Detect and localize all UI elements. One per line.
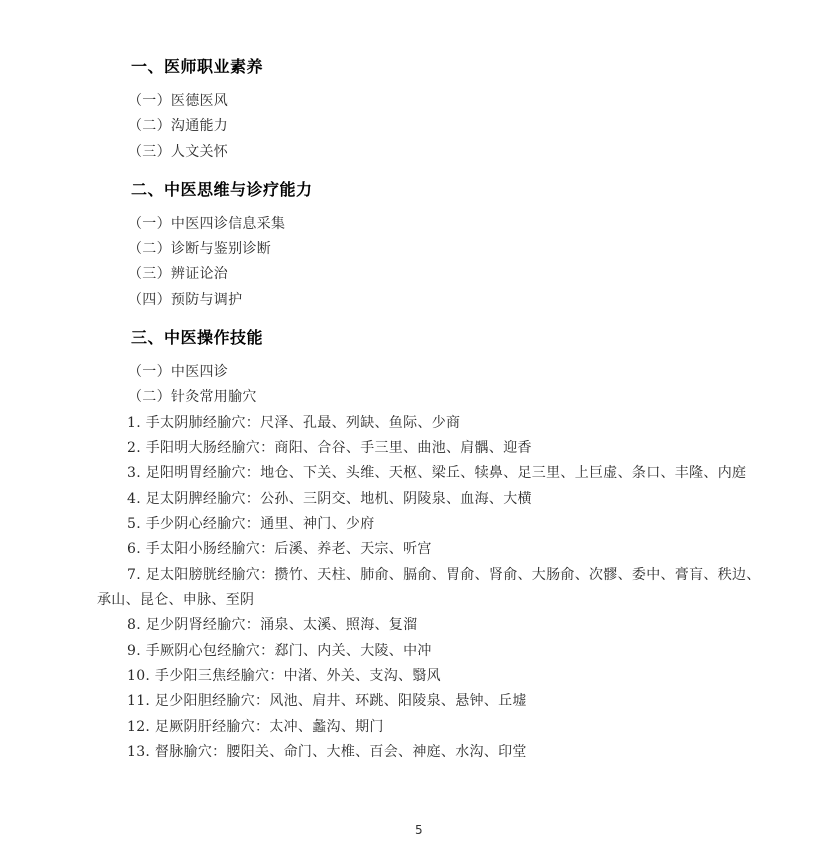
list-item: （一）中医四诊 (128, 361, 228, 381)
acupoint-line: 3. 足阳明胃经腧穴：地仓、下关、头维、天枢、梁丘、犊鼻、足三里、上巨虚、条口、… (127, 462, 746, 482)
acupoint-line: 12. 足厥阴肝经腧穴：太冲、蠡沟、期门 (127, 716, 384, 736)
list-item: （二）针灸常用腧穴 (128, 386, 257, 406)
list-item: （一）中医四诊信息采集 (128, 213, 285, 233)
section-heading-2: 二、中医思维与诊疗能力 (131, 177, 313, 200)
acupoint-line: 10. 手少阳三焦经腧穴：中渚、外关、支沟、翳风 (127, 665, 441, 685)
list-item: （三）辨证论治 (128, 263, 228, 283)
page-number: 5 (415, 823, 423, 837)
section-heading-1: 一、医师职业素养 (131, 54, 263, 77)
acupoint-line: 7. 足太阳膀胱经腧穴：攒竹、天柱、肺俞、膈俞、胃俞、肾俞、大肠俞、次髎、委中、… (127, 564, 761, 584)
acupoint-line: 5. 手少阴心经腧穴：通里、神门、少府 (127, 513, 375, 533)
list-item: （四）预防与调护 (128, 289, 242, 309)
acupoint-line: 2. 手阳明大肠经腧穴：商阳、合谷、手三里、曲池、肩髃、迎香 (127, 437, 532, 457)
acupoint-line: 4. 足太阴脾经腧穴：公孙、三阴交、地机、阴陵泉、血海、大横 (127, 488, 532, 508)
list-item: （一）医德医风 (128, 90, 228, 110)
document-page: 一、医师职业素养 （一）医德医风 （二）沟通能力 （三）人文关怀 二、中医思维与… (0, 0, 837, 864)
acupoint-line: 9. 手厥阴心包经腧穴：郄门、内关、大陵、中冲 (127, 640, 432, 660)
acupoint-line: 13. 督脉腧穴：腰阳关、命门、大椎、百会、神庭、水沟、印堂 (127, 741, 527, 761)
acupoint-line: 1. 手太阴肺经腧穴：尺泽、孔最、列缺、鱼际、少商 (127, 412, 460, 432)
acupoint-line: 6. 手太阳小肠经腧穴：后溪、养老、天宗、听宫 (127, 538, 432, 558)
acupoint-line: 11. 足少阳胆经腧穴：风池、肩井、环跳、阳陵泉、悬钟、丘墟 (127, 690, 527, 710)
list-item: （二）诊断与鉴别诊断 (128, 238, 271, 258)
acupoint-line: 8. 足少阴肾经腧穴：涌泉、太溪、照海、复溜 (127, 614, 417, 634)
acupoint-line-continuation: 承山、昆仑、申脉、至阴 (97, 589, 254, 609)
list-item: （三）人文关怀 (128, 141, 228, 161)
section-heading-3: 三、中医操作技能 (131, 325, 263, 348)
list-item: （二）沟通能力 (128, 115, 228, 135)
